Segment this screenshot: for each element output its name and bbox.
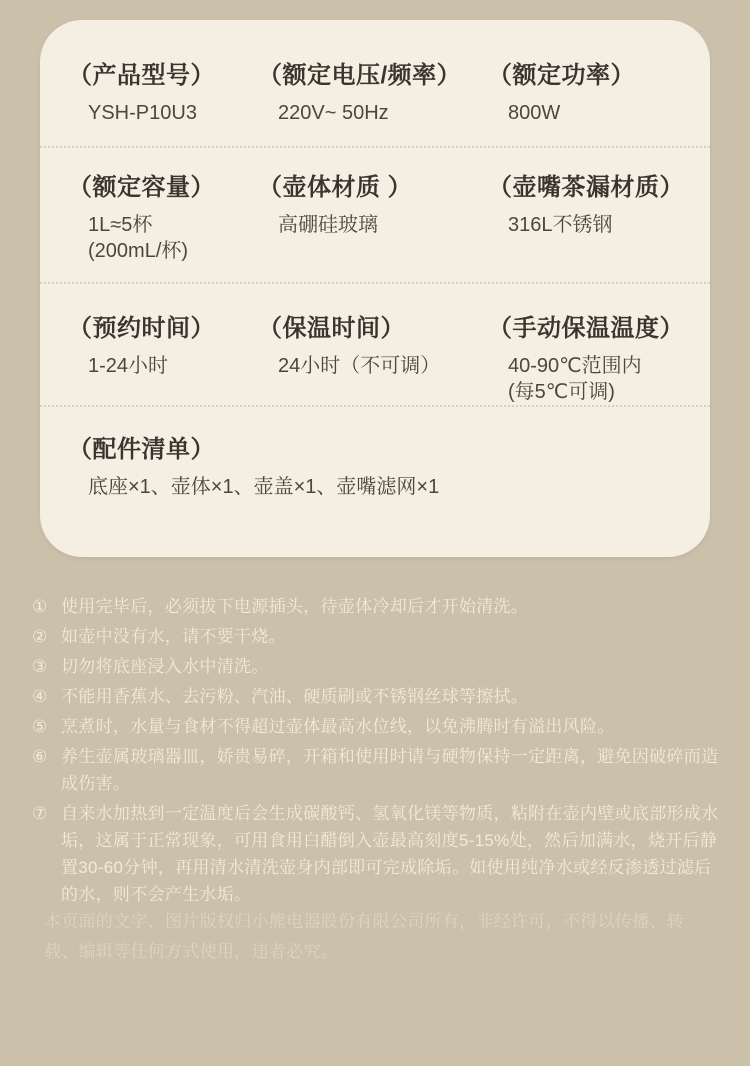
spec-label: （手动保温温度） xyxy=(488,313,682,345)
note-number: ④ xyxy=(32,683,54,710)
copyright-notice: 本页面的文字、图片版权归小熊电器股份有限公司所有，非经许可，不得以传播、转载、编… xyxy=(44,907,710,967)
note-number: ⑤ xyxy=(32,713,54,740)
spec-label: （壶嘴茶漏材质） xyxy=(488,172,682,204)
spec-value: 24小时（不可调） xyxy=(278,353,488,379)
note-text: 养生壶属玻璃器皿，娇贵易碎，开箱和使用时请与硬物保持一定距离，避免因破碎而造成伤… xyxy=(61,743,722,797)
note-number: ③ xyxy=(32,653,54,680)
spec-item-voltage: （额定电压/频率） 220V~ 50Hz xyxy=(258,60,488,126)
note-item-7: ⑦ 自来水加热到一定温度后会生成碳酸钙、氢氧化镁等物质，粘附在壶内壁或底部形成水… xyxy=(32,800,722,908)
spec-label: （产品型号） xyxy=(68,60,258,92)
note-number: ⑥ xyxy=(32,743,54,770)
spec-row-1: （产品型号） YSH-P10U3 （额定电压/频率） 220V~ 50Hz （额… xyxy=(40,20,710,146)
spec-value: 220V~ 50Hz xyxy=(278,100,488,126)
note-number: ⑦ xyxy=(32,800,54,827)
note-item-1: ① 使用完毕后，必须拔下电源插头，待壶体冷却后才开始清洗。 xyxy=(32,593,722,620)
note-item-4: ④ 不能用香蕉水、去污粉、汽油、硬质刷或不锈钢丝球等擦拭。 xyxy=(32,683,722,710)
note-text: 自来水加热到一定温度后会生成碳酸钙、氢氧化镁等物质，粘附在壶内壁或底部形成水垢，… xyxy=(61,800,722,908)
spec-item-accessories: （配件清单） 底座×1、壶体×1、壶盖×1、壶嘴滤网×1 xyxy=(68,434,682,500)
spec-value: 1L≈5杯 xyxy=(88,212,258,238)
spec-item-model: （产品型号） YSH-P10U3 xyxy=(68,60,258,126)
spec-value: 底座×1、壶体×1、壶盖×1、壶嘴滤网×1 xyxy=(88,474,682,500)
spec-item-power: （额定功率） 800W xyxy=(488,60,682,126)
spec-label: （配件清单） xyxy=(68,434,682,466)
spec-label: （保温时间） xyxy=(258,313,488,345)
note-item-3: ③ 切勿将底座浸入水中清洗。 xyxy=(32,653,722,680)
spec-row-4: （配件清单） 底座×1、壶体×1、壶盖×1、壶嘴滤网×1 xyxy=(40,405,710,518)
spec-item-capacity: （额定容量） 1L≈5杯 (200mL/杯) xyxy=(68,172,258,264)
note-text: 如壶中没有水，请不要干烧。 xyxy=(61,623,722,650)
note-text: 切勿将底座浸入水中清洗。 xyxy=(61,653,722,680)
usage-notes-list: ① 使用完毕后，必须拔下电源插头，待壶体冷却后才开始清洗。 ② 如壶中没有水，请… xyxy=(32,593,722,911)
note-number: ② xyxy=(32,623,54,650)
note-item-2: ② 如壶中没有水，请不要干烧。 xyxy=(32,623,722,650)
spec-value: 高硼硅玻璃 xyxy=(278,212,488,238)
spec-row-3: （预约时间） 1-24小时 （保温时间） 24小时（不可调） （手动保温温度） … xyxy=(40,282,710,405)
spec-label: （额定电压/频率） xyxy=(258,60,488,92)
spec-value: 316L不锈钢 xyxy=(508,212,682,238)
note-text: 烹煮时，水量与食材不得超过壶体最高水位线，以免沸腾时有溢出风险。 xyxy=(61,713,722,740)
spec-value: 1-24小时 xyxy=(88,353,258,379)
spec-label: （额定功率） xyxy=(488,60,682,92)
spec-item-body-material: （壶体材质 ） 高硼硅玻璃 xyxy=(258,172,488,264)
note-item-5: ⑤ 烹煮时，水量与食材不得超过壶体最高水位线，以免沸腾时有溢出风险。 xyxy=(32,713,722,740)
spec-item-spout-material: （壶嘴茶漏材质） 316L不锈钢 xyxy=(488,172,682,264)
spec-item-keepwarm-temp: （手动保温温度） 40-90℃范围内 (每5℃可调) xyxy=(488,313,682,405)
spec-label: （额定容量） xyxy=(68,172,258,204)
spec-item-preset-time: （预约时间） 1-24小时 xyxy=(68,313,258,405)
spec-card: （产品型号） YSH-P10U3 （额定电压/频率） 220V~ 50Hz （额… xyxy=(40,20,710,557)
note-text: 使用完毕后，必须拔下电源插头，待壶体冷却后才开始清洗。 xyxy=(61,593,722,620)
spec-value: (每5℃可调) xyxy=(508,379,682,405)
note-item-6: ⑥ 养生壶属玻璃器皿，娇贵易碎，开箱和使用时请与硬物保持一定距离，避免因破碎而造… xyxy=(32,743,722,797)
note-text: 不能用香蕉水、去污粉、汽油、硬质刷或不锈钢丝球等擦拭。 xyxy=(61,683,722,710)
spec-value: 40-90℃范围内 xyxy=(508,353,682,379)
spec-item-keepwarm-time: （保温时间） 24小时（不可调） xyxy=(258,313,488,405)
spec-label: （预约时间） xyxy=(68,313,258,345)
spec-label: （壶体材质 ） xyxy=(258,172,488,204)
spec-value: YSH-P10U3 xyxy=(88,100,258,126)
spec-value: (200mL/杯) xyxy=(88,238,258,264)
note-number: ① xyxy=(32,593,54,620)
spec-row-2: （额定容量） 1L≈5杯 (200mL/杯) （壶体材质 ） 高硼硅玻璃 （壶嘴… xyxy=(40,146,710,282)
spec-value: 800W xyxy=(508,100,682,126)
